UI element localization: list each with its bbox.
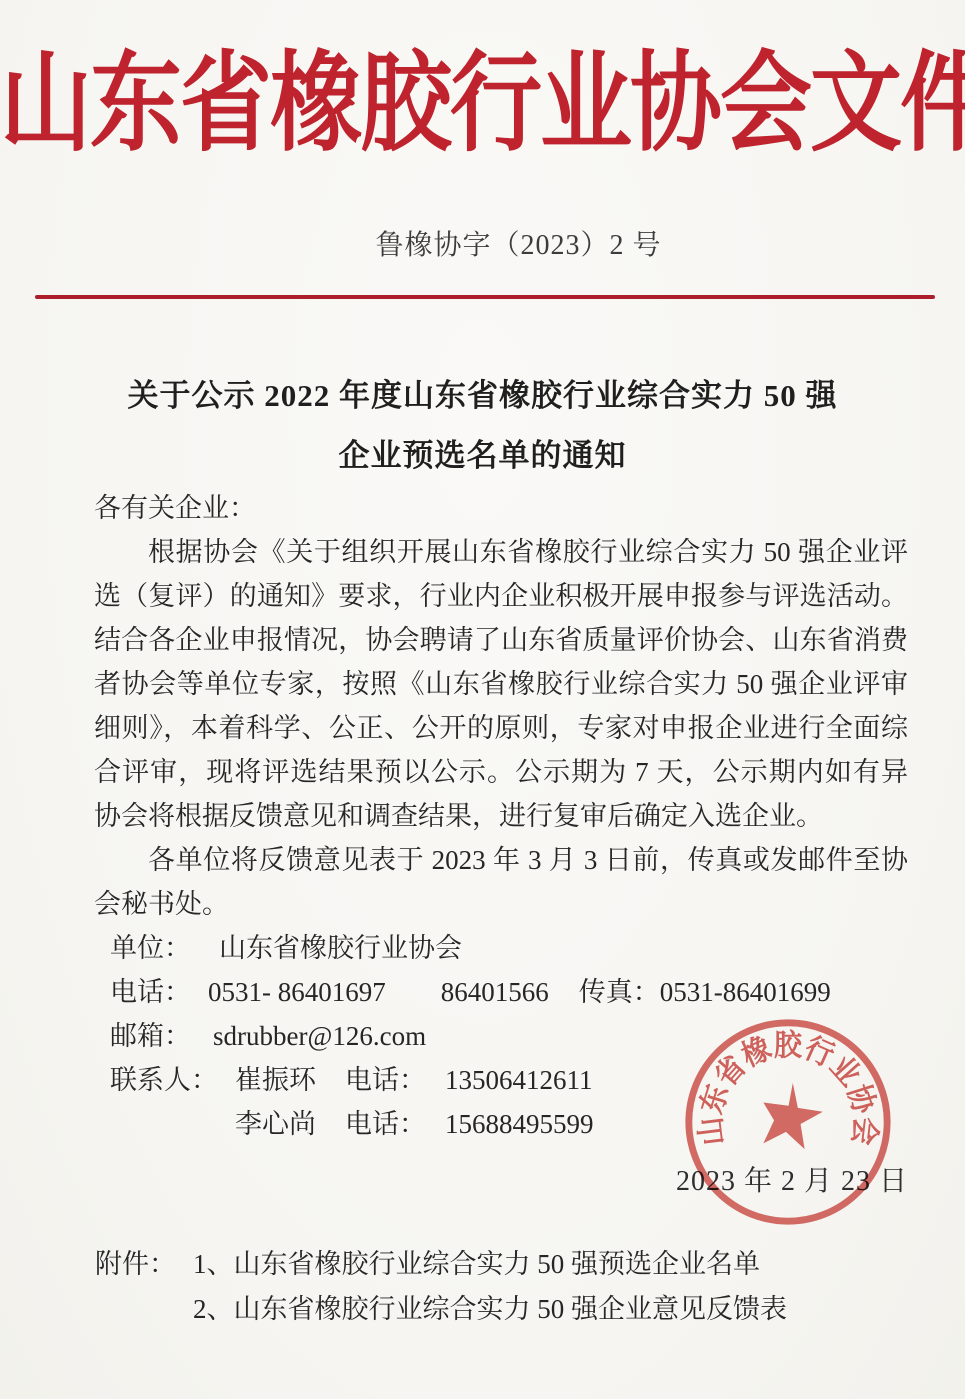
- document-number: 鲁橡协字（2023）2 号: [36, 223, 965, 263]
- contact-unit-row: 单位： 山东省橡胶行业协会: [94, 926, 908, 970]
- phone-number-2: 86401566: [441, 970, 549, 1014]
- email-value: sdrubber@126.com: [213, 1014, 426, 1058]
- email-label: 邮箱：: [110, 1014, 191, 1058]
- fax-number: 0531-86401699: [660, 970, 831, 1014]
- scanned-official-document: 山东省橡胶行业协会文件 鲁橡协字（2023）2 号 关于公示 2022 年度山东…: [0, 0, 965, 1399]
- body-line: 会秘书处。: [94, 882, 908, 926]
- body-line: 结合各企业申报情况，协会聘请了山东省质量评价协会、山东省消费: [94, 618, 908, 662]
- body-line: 者协会等单位专家，按照《山东省橡胶行业综合实力 50 强企业评审: [94, 662, 908, 706]
- person-label: 联系人：: [110, 1058, 235, 1102]
- masthead-title: 山东省橡胶行业协会文件: [0, 21, 965, 186]
- person2-spacer: [110, 1102, 235, 1146]
- subject-title-line1: 关于公示 2022 年度山东省橡胶行业综合实力 50 强: [0, 366, 965, 426]
- attachment-item-2: 2、山东省橡胶行业综合实力 50 强企业意见反馈表: [193, 1287, 787, 1332]
- attachment-item-1: 1、山东省橡胶行业综合实力 50 强预选企业名单: [193, 1242, 760, 1287]
- attachments-label: 附件：: [95, 1242, 193, 1287]
- attachment-row-2: 2、山东省橡胶行业综合实力 50 强企业意见反馈表: [95, 1287, 787, 1332]
- body-line: 根据协会《关于组织开展山东省橡胶行业综合实力 50 强企业评: [94, 530, 908, 574]
- fax-label: 传真：: [579, 970, 660, 1014]
- unit-label: 单位：: [110, 926, 191, 970]
- body-line: 协会将根据反馈意见和调查结果，进行复审后确定入选企业。: [94, 794, 908, 838]
- subject-title-line2: 企业预选名单的通知: [0, 426, 965, 486]
- subject-title: 关于公示 2022 年度山东省橡胶行业综合实力 50 强 企业预选名单的通知: [0, 366, 965, 486]
- phone-label: 电话：: [110, 970, 191, 1014]
- person2-name: 李心尚: [235, 1102, 345, 1146]
- person2-phone-label: 电话：: [345, 1102, 426, 1146]
- person1-phone: 13506412611: [445, 1058, 593, 1102]
- attachments-label-spacer: [95, 1287, 193, 1332]
- body-line: 各单位将反馈意见表于 2023 年 3 月 3 日前，传真或发邮件至协: [94, 838, 908, 882]
- unit-value: 山东省橡胶行业协会: [219, 926, 462, 970]
- attachment-row-1: 附件： 1、山东省橡胶行业综合实力 50 强预选企业名单: [95, 1242, 787, 1287]
- person1-name: 崔振环: [235, 1058, 345, 1102]
- contact-phone-row: 电话： 0531- 86401697 86401566 传真： 0531-864…: [94, 970, 908, 1014]
- body-line: 合评审，现将评选结果预以公示。公示期为 7 天，公示期内如有异议，: [94, 750, 908, 794]
- body-line: 选（复评）的通知》要求，行业内企业积极开展申报参与评选活动。: [94, 574, 908, 618]
- official-seal-stamp: 山东省橡胶行业协会: [680, 1014, 896, 1230]
- person1-phone-label: 电话：: [345, 1058, 426, 1102]
- attachments-section: 附件： 1、山东省橡胶行业综合实力 50 强预选企业名单 2、山东省橡胶行业综合…: [95, 1242, 787, 1332]
- salutation: 各有关企业：: [94, 486, 908, 530]
- phone-number-1: 0531- 86401697: [208, 970, 386, 1014]
- seal-star-icon: [763, 1083, 822, 1149]
- red-divider-rule: [35, 295, 935, 299]
- body-line: 细则》，本着科学、公正、公开的原则，专家对申报企业进行全面综: [94, 706, 908, 750]
- person2-phone: 15688495599: [445, 1102, 594, 1146]
